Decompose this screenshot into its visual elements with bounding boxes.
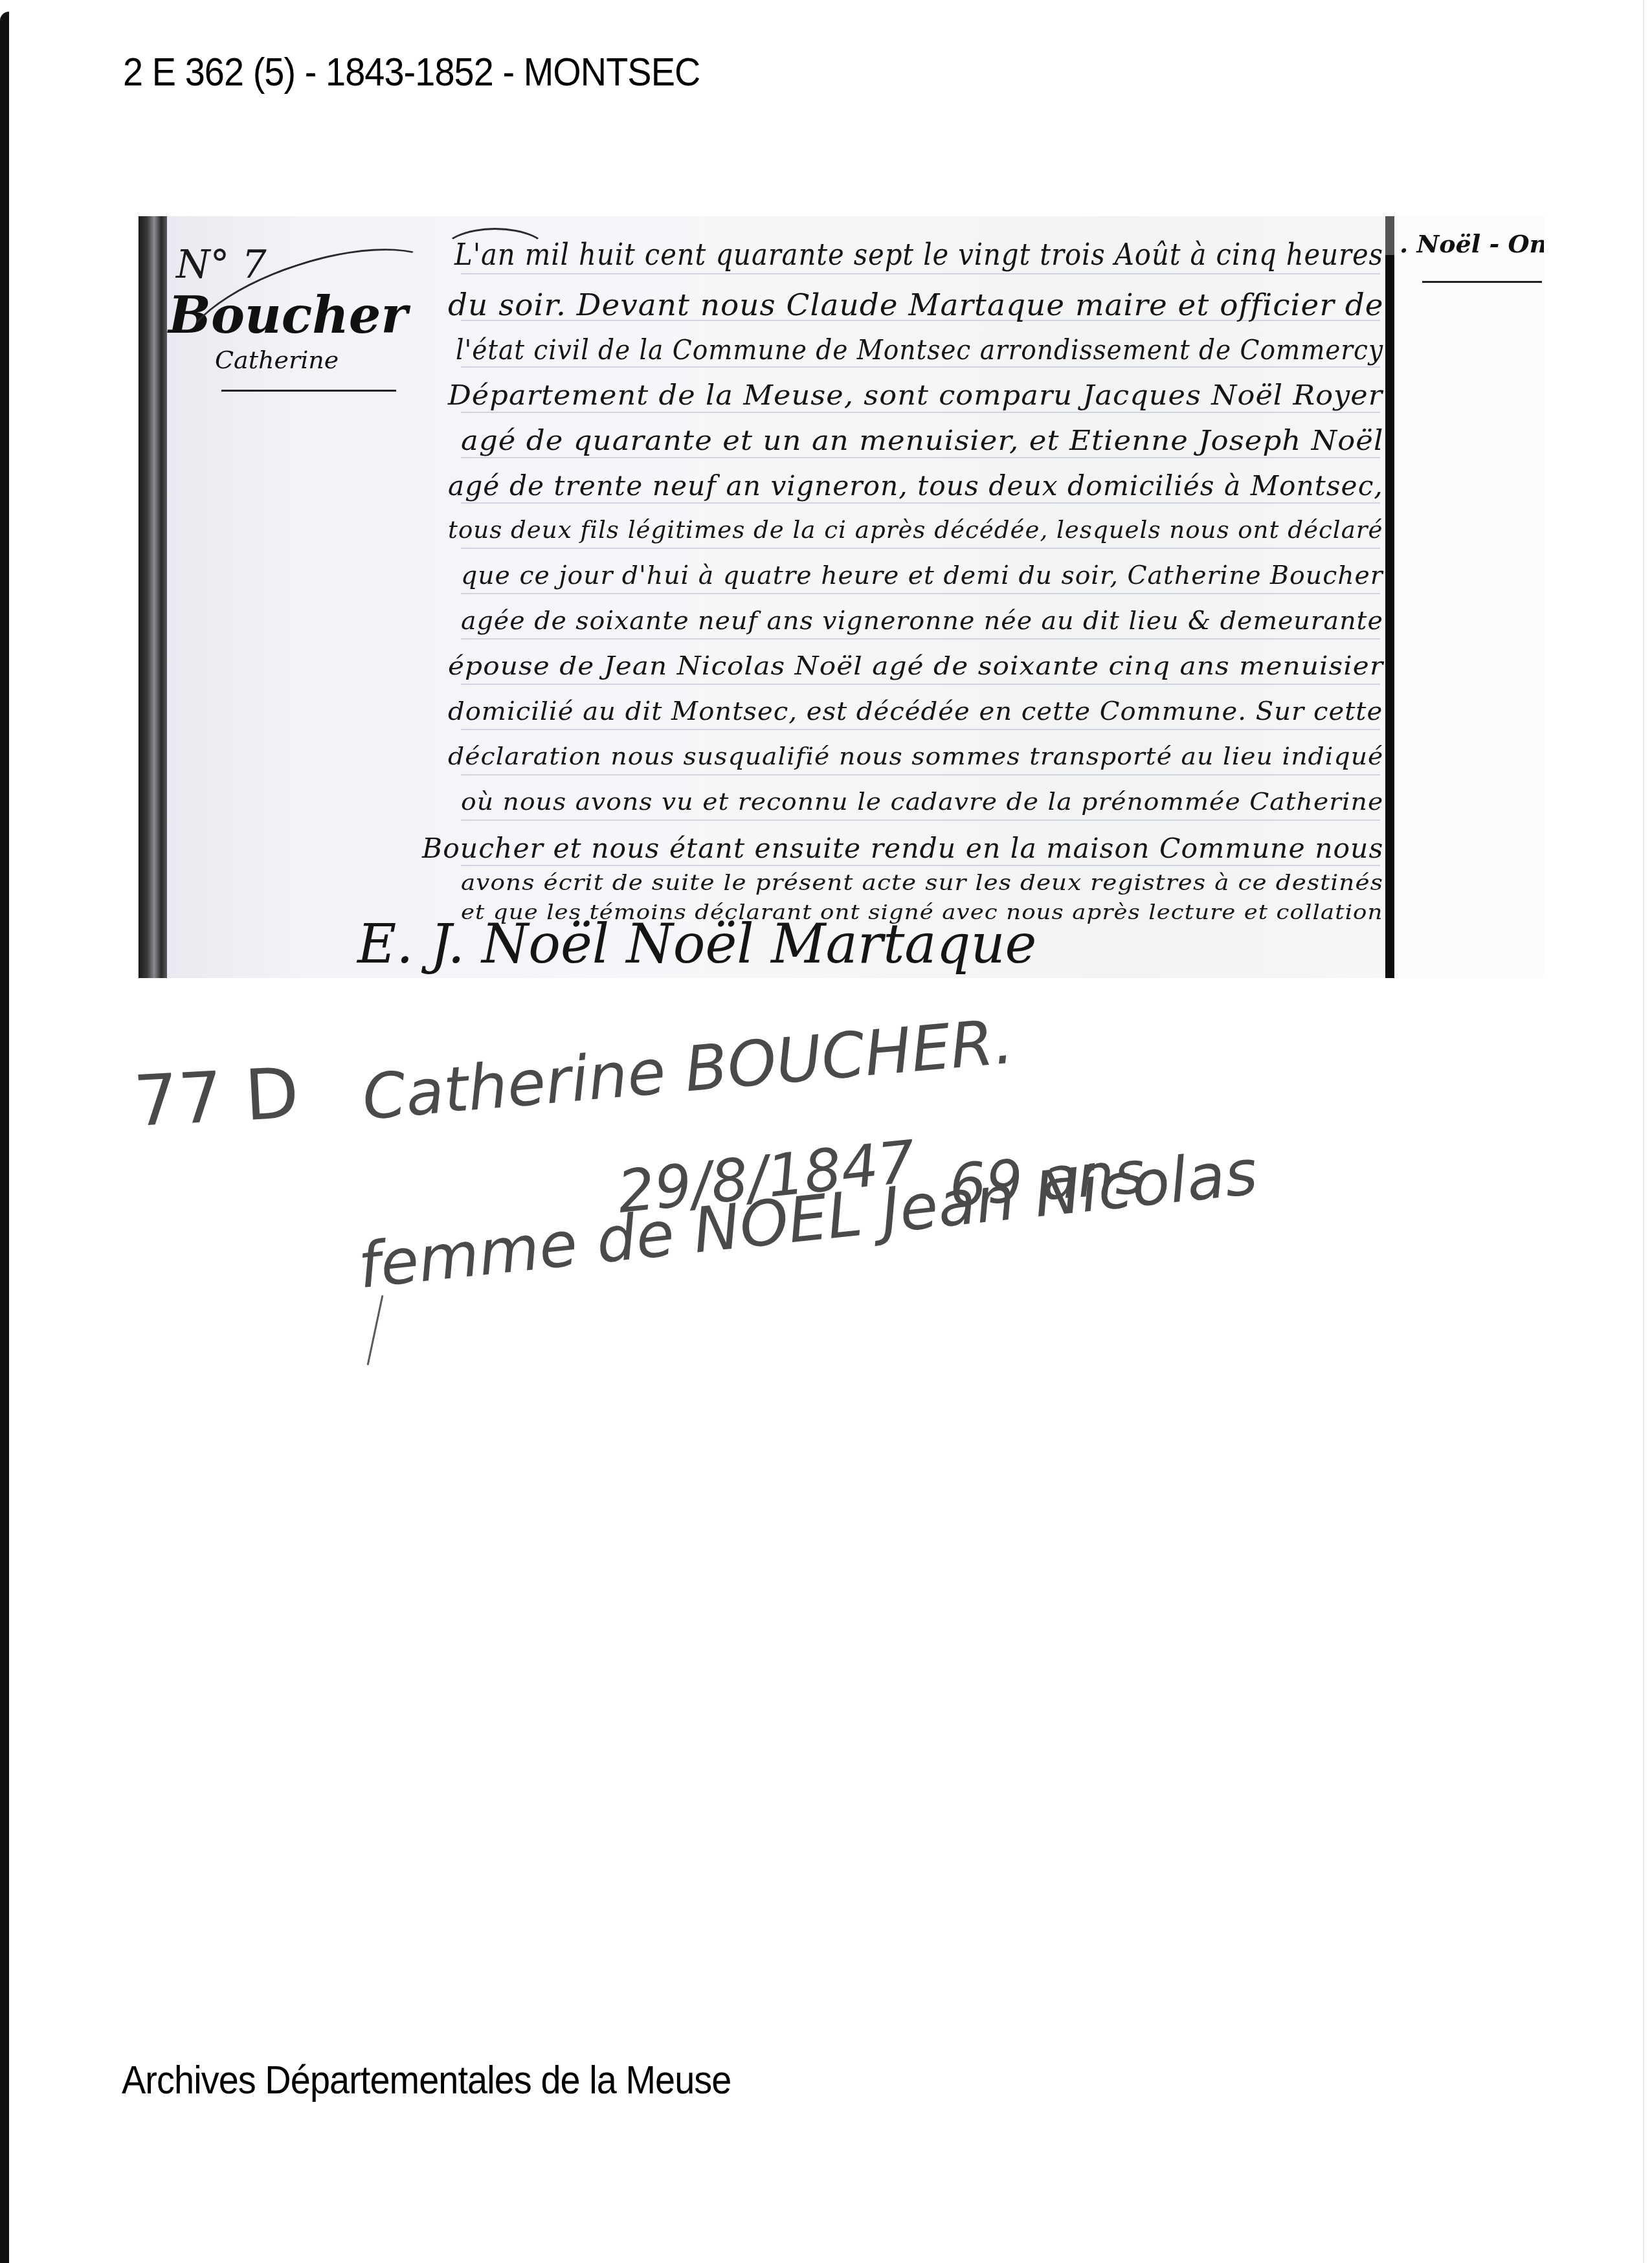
ruling-line (461, 548, 1380, 549)
page-edge (0, 12, 9, 2263)
manuscript-line: du soir. Devant nous Claude Martaque mai… (448, 287, 1384, 322)
manuscript-line: l'état civil de la Commune de Montsec ar… (456, 334, 1383, 366)
ruling-line (461, 502, 1380, 504)
manuscript-line: agé de quarante et un an menuisier, et E… (461, 425, 1384, 456)
manuscript-scan: N° 7 Boucher Catherine L'an mil huit cen… (137, 216, 1544, 978)
document-reference: 2 E 362 (5) - 1843-1852 - MONTSEC (123, 49, 700, 95)
manuscript-line: domicilié au dit Montsec, est décédée en… (448, 697, 1383, 726)
ruling-line (461, 684, 1380, 685)
margin-rule (1385, 216, 1394, 978)
ruling-line (461, 865, 1380, 866)
archive-name: Archives Départementales de la Meuse (122, 2057, 731, 2103)
margin-underline (221, 390, 396, 392)
right-margin-underline (1422, 281, 1542, 283)
ruling-line (461, 638, 1380, 640)
manuscript-line: L'an mil huit cent quarante sept le ving… (454, 237, 1383, 272)
manuscript-line: Boucher et nous étant ensuite rendu en l… (422, 832, 1383, 864)
manuscript-line: tous deux fils légitimes de la ci après … (448, 515, 1383, 544)
ruling-line (461, 774, 1380, 775)
manuscript-line: Département de la Meuse, sont comparu Ja… (448, 379, 1383, 411)
ruling-line (461, 819, 1380, 821)
ruling-line (461, 273, 1380, 274)
annotation-id: 77 D (131, 1053, 300, 1143)
page-edge-line (1643, 0, 1644, 2263)
manuscript-line: déclaration nous susqualifié nous sommes… (448, 742, 1383, 770)
right-margin-note: . Noël - Onésim (1400, 229, 1544, 258)
ruling-line (461, 593, 1380, 594)
pencil-stroke (367, 1295, 384, 1365)
margin-rule-top (1385, 216, 1394, 255)
ruling-line (461, 729, 1380, 730)
ruling-line (461, 412, 1380, 413)
binding-shadow (139, 216, 167, 978)
manuscript-line: avons écrit de suite le présent acte sur… (461, 870, 1383, 896)
ruling-line (461, 366, 1380, 368)
signatures: E. J. Noël Noël Martaque (357, 912, 1036, 975)
manuscript-line: agée de soixante neuf ans vigneronne née… (461, 606, 1383, 636)
manuscript-line: épouse de Jean Nicolas Noël agé de soixa… (448, 651, 1383, 681)
annotation-name: Catherine BOUCHER. (359, 1005, 1016, 1134)
manuscript-line: où nous avons vu et reconnu le cadavre d… (461, 787, 1383, 816)
ruling-line (461, 457, 1380, 458)
entry-number: N° 7 (176, 242, 267, 287)
right-margin (1394, 216, 1544, 978)
manuscript-line: que ce jour d'hui à quatre heure et demi… (461, 561, 1383, 590)
manuscript-line: agé de trente neuf an vigneron, tous deu… (448, 470, 1383, 502)
